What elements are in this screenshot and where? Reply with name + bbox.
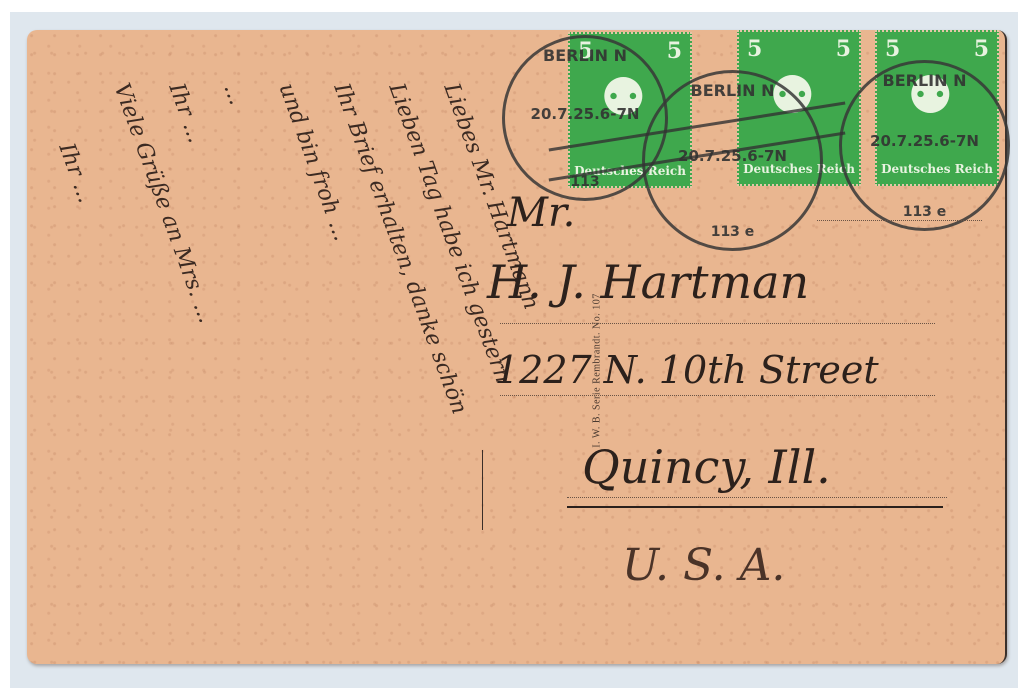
address-rule — [500, 395, 935, 396]
message-line: ... — [219, 80, 250, 108]
message-line: Ihr ... — [164, 80, 208, 146]
address-street: 1227 N. 10th Street — [495, 348, 879, 392]
address-rule — [817, 220, 982, 221]
address-rule — [500, 323, 935, 324]
address-salutation: Mr. — [507, 190, 575, 236]
signature: Ihr ... — [54, 140, 98, 206]
address-name: H. J. Hartman — [487, 255, 809, 309]
divider-line — [482, 450, 483, 530]
address-underline — [567, 506, 943, 508]
message-line: Viele Grüße an Mrs. ... — [109, 80, 219, 326]
postmark: BERLIN N 20.7.25.6-7N 113 e — [839, 60, 1010, 231]
postcard: Liebes Mr. Hartmann Lieben Tag habe ich … — [27, 30, 1007, 664]
handwritten-message: Liebes Mr. Hartmann Lieben Tag habe ich … — [57, 80, 497, 680]
address-country: U. S. A. — [622, 540, 785, 591]
address-rule — [567, 497, 947, 498]
address-city: Quincy, Ill. — [582, 440, 831, 494]
